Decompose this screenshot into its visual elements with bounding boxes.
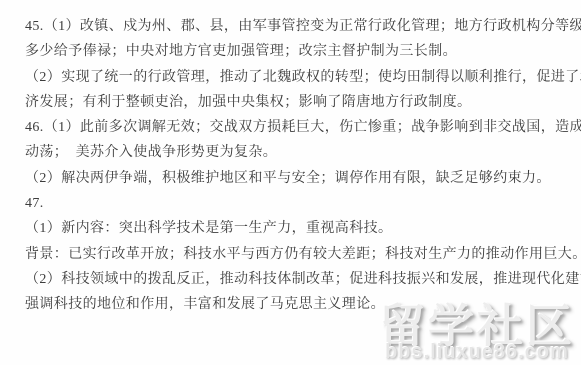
answer-line: 动荡； 美苏介入使战争形势更为复杂。 (25, 140, 565, 165)
answer-line: （2）实现了统一的行政管理，推动了北魏政权的转型；使均田制得以顺利推行，促进了北… (25, 65, 565, 90)
answer-47-part1: （1）新内容：突出科学技术是第一生产力，重视高科技。 (25, 216, 565, 241)
answer-line: 45.（1）改镇、戍为州、郡、县，由军事管控变为正常行政化管理；地方行政机构分等… (25, 14, 565, 39)
answer-47-part1-background: 背景：已实行改革开放；科技水平与西方仍有较大差距；科技对生产力的推动作用巨大。 (25, 242, 565, 267)
answer-46-part1: 46.（1）此前多次调解无效；交战双方损耗巨大，伤亡惨重；战争影响到非交战国，造… (25, 115, 565, 166)
watermark-site-url: bbs.liuxue86.com (379, 341, 575, 363)
answer-line: 47. (25, 191, 565, 216)
answers-text-block: 45.（1）改镇、戍为州、郡、县，由军事管控变为正常行政化管理；地方行政机构分等… (25, 14, 565, 318)
answer-line: 背景：已实行改革开放；科技水平与西方仍有较大差距；科技对生产力的推动作用巨大。 (25, 242, 565, 267)
answer-line: （2）解决两伊争端，积极维护地区和平与安全；调停作用有限，缺乏足够约束力。 (25, 166, 565, 191)
answer-46-part2: （2）解决两伊争端，积极维护地区和平与安全；调停作用有限，缺乏足够约束力。 (25, 166, 565, 191)
answer-line: 济发展；有利于整顿吏治，加强中央集权；影响了隋唐地方行政制度。 (25, 90, 565, 115)
answer-line: 多少给予俸禄；中央对地方官吏加强管理；改宗主督护制为三长制。 (25, 39, 565, 64)
answer-line: 46.（1）此前多次调解无效；交战双方损耗巨大，伤亡惨重；战争影响到非交战国，造… (25, 115, 565, 140)
scanned-answer-page: 45.（1）改镇、戍为州、郡、县，由军事管控变为正常行政化管理；地方行政机构分等… (0, 0, 581, 365)
answer-45-part2: （2）实现了统一的行政管理，推动了北魏政权的转型；使均田制得以顺利推行，促进了北… (25, 65, 565, 116)
answer-line: （1）新内容：突出科学技术是第一生产力，重视高科技。 (25, 216, 565, 241)
answer-47-number: 47. (25, 191, 565, 216)
answer-line: 强调科技的地位和作用，丰富和发展了马克思主义理论。 (25, 292, 565, 317)
answer-45-part1: 45.（1）改镇、戍为州、郡、县，由军事管控变为正常行政化管理；地方行政机构分等… (25, 14, 565, 65)
answer-line: （2）科技领域中的拨乱反正，推动科技体制改革；促进科技振兴和发展，推进现代化建设… (25, 267, 565, 292)
answer-47-part2: （2）科技领域中的拨乱反正，推动科技体制改革；促进科技振兴和发展，推进现代化建设… (25, 267, 565, 318)
